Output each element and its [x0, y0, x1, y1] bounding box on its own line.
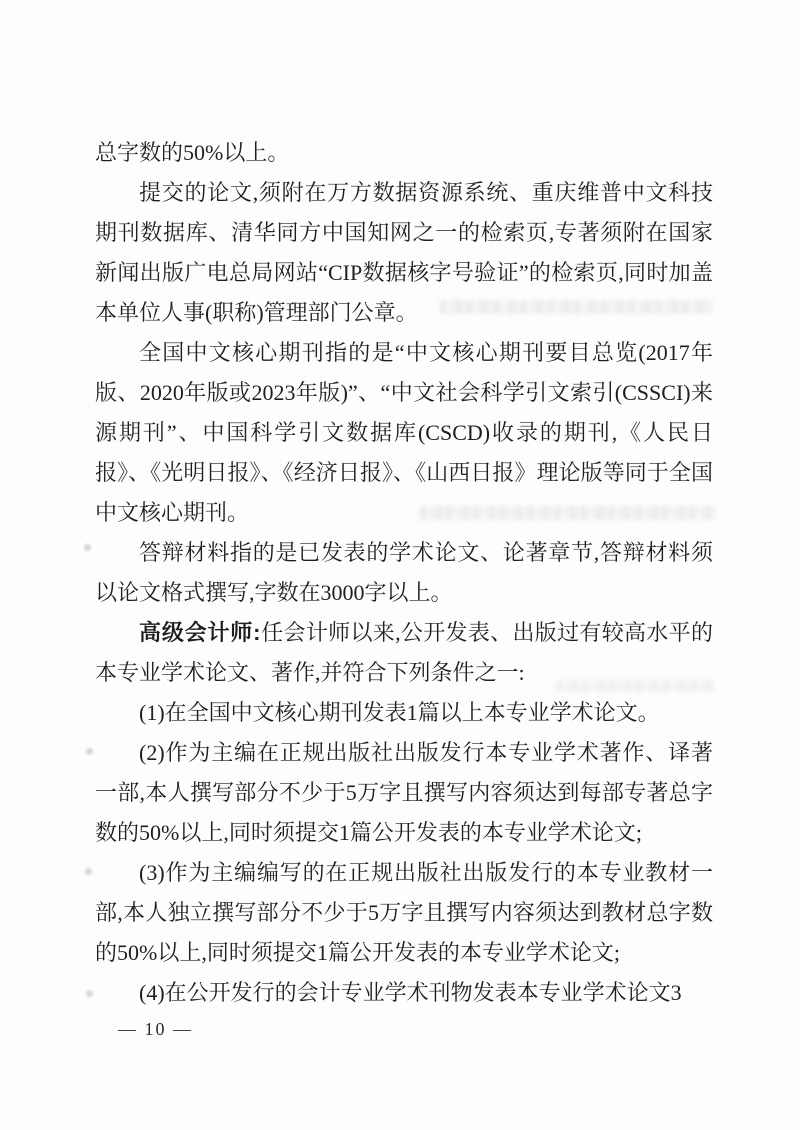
paragraph-condition-4: (4)在公开发行的会计专业学术刊物发表本专业学术论文3 — [95, 973, 713, 1013]
paragraph-condition-3: (3)作为主编编写的在正规出版社出版发行的本专业教材一部,本人独立撰写部分不少于… — [95, 853, 713, 973]
document-body: 总字数的50%以上。 提交的论文,须附在万方数据资源系统、重庆维普中文科技期刊数… — [95, 133, 713, 1013]
paragraph-text: (4)在公开发行的会计专业学术刊物发表本专业学术论文3 — [139, 980, 682, 1005]
paragraph: 提交的论文,须附在万方数据资源系统、重庆维普中文科技期刊数据库、清华同方中国知网… — [95, 173, 713, 333]
paragraph-text: 提交的论文,须附在万方数据资源系统、重庆维普中文科技期刊数据库、清华同方中国知网… — [95, 180, 713, 325]
page-number: — 10 — — [118, 1018, 193, 1040]
paragraph-text: (2)作为主编在正规出版社出版发行本专业学术著作、译著一部,本人撰写部分不少于5… — [95, 740, 713, 845]
scan-noise-dot — [86, 748, 93, 755]
paragraph: 全国中文核心期刊指的是“中文核心期刊要目总览(2017年版、2020年版或202… — [95, 333, 713, 533]
paragraph-text: 全国中文核心期刊指的是“中文核心期刊要目总览(2017年版、2020年版或202… — [95, 340, 713, 525]
paragraph-text: (3)作为主编编写的在正规出版社出版发行的本专业教材一部,本人独立撰写部分不少于… — [95, 860, 713, 965]
paragraph-condition-1: (1)在全国中文核心期刊发表1篇以上本专业学术论文。 — [95, 693, 713, 733]
scan-noise-dot — [85, 868, 92, 875]
scan-noise-dot — [84, 544, 91, 551]
scanned-document-page: 总字数的50%以上。 提交的论文,须附在万方数据资源系统、重庆维普中文科技期刊数… — [0, 0, 800, 1130]
paragraph-text: 答辩材料指的是已发表的学术论文、论著章节,答辩材料须以论文格式撰写,字数在300… — [95, 540, 713, 605]
scan-noise-dot — [86, 990, 93, 997]
paragraph-senior-accountant: 高级会计师:任会计师以来,公开发表、出版过有较高水平的本专业学术论文、著作,并符… — [95, 613, 713, 693]
paragraph: 答辩材料指的是已发表的学术论文、论著章节,答辩材料须以论文格式撰写,字数在300… — [95, 533, 713, 613]
paragraph-text: (1)在全国中文核心期刊发表1篇以上本专业学术论文。 — [139, 700, 660, 725]
paragraph-text: 总字数的50%以上。 — [95, 140, 289, 165]
paragraph-condition-2: (2)作为主编在正规出版社出版发行本专业学术著作、译著一部,本人撰写部分不少于5… — [95, 733, 713, 853]
paragraph-lead-bold: 高级会计师: — [139, 620, 261, 645]
paragraph-continuation: 总字数的50%以上。 — [95, 133, 713, 173]
